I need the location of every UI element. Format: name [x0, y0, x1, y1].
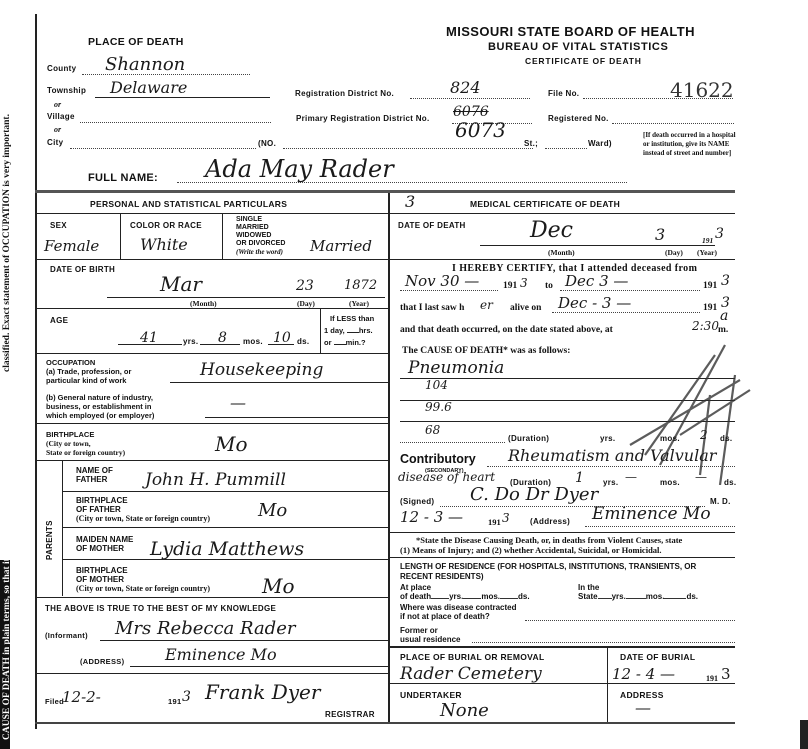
footnote-line2: (1) Means of Injury; and (2) whether Acc…: [400, 545, 682, 555]
signed-value: C. Do Dr Dyer: [470, 484, 598, 505]
full-name-value: Ada May Rader: [205, 155, 394, 183]
less-than-or: or: [324, 338, 332, 347]
death-time-text: and that death occurred, on the date sta…: [400, 325, 613, 335]
hospital-note: [If death occurred in a hospital or inst…: [643, 131, 739, 158]
occupation-labels: OCCUPATION (a) Trade, profession, or par…: [46, 358, 131, 385]
cause-value: Pneumonia: [408, 358, 504, 378]
former-residence-row: Former or usual residence: [400, 626, 460, 644]
occupation-b-labels: (b) General nature of industry, business…: [46, 393, 154, 420]
township-line: [95, 97, 270, 98]
contrib-duration-mos: mos.: [660, 478, 680, 487]
dob-year-caption: (Year): [349, 299, 369, 308]
dod-month: Dec: [530, 218, 573, 243]
attended-from-year-prefix: 191: [503, 281, 517, 291]
frame-middle: [388, 193, 390, 723]
marital-note: (Write the word): [236, 248, 285, 256]
less-than-text: If LESS than: [324, 313, 374, 325]
burial-year-suffix: 3: [721, 665, 731, 683]
attended-from: Nov 30 —: [405, 272, 479, 290]
mother-bp-label-3: (City or town, State or foreign country): [76, 584, 210, 593]
attended-from-year: 3: [520, 276, 528, 290]
signed-label: (Signed): [400, 497, 434, 506]
birthplace-label: BIRTHPLACE: [46, 430, 125, 439]
cause-note-3: 68: [425, 423, 440, 437]
father-bp-label-1: BIRTHPLACE: [76, 496, 210, 505]
burial-year-prefix: 191: [706, 674, 718, 683]
md-label: M. D.: [710, 497, 731, 506]
registrar-label: REGISTRAR: [325, 710, 375, 719]
age-ds-label: ds.: [297, 337, 309, 346]
dob-year: 1872: [344, 278, 377, 293]
former-line1: Former or: [400, 626, 460, 635]
city-label: City: [47, 138, 63, 147]
cause-heading: The CAUSE OF DEATH* was as follows:: [402, 346, 570, 356]
frame-left: [35, 14, 37, 729]
header-divider: [35, 190, 735, 193]
mother-bp-label-1: BIRTHPLACE: [76, 566, 210, 575]
dod-month-caption: (Month): [548, 248, 575, 257]
dod-year-prefix: 191: [702, 236, 713, 245]
age-yrs-label: yrs.: [183, 337, 198, 346]
less-than-day: 1 day,: [324, 326, 345, 335]
attended-to-year-prefix: 191: [703, 281, 717, 291]
burial-address-value: —: [635, 698, 651, 717]
county-label: County: [47, 64, 76, 73]
alive-on-label: alive on: [510, 303, 541, 313]
at-place-line2: of death: [400, 592, 431, 601]
district-line: [410, 98, 530, 99]
death-time-ampm: a: [720, 308, 728, 324]
less-than-min: min.?: [346, 338, 366, 347]
or-1: or: [54, 100, 61, 109]
dod-year-caption: (Year): [697, 248, 717, 257]
informant-address-label: (ADDRESS): [80, 657, 124, 666]
age-years: 41: [140, 330, 158, 346]
bureau-title: BUREAU OF VITAL STATISTICS: [488, 41, 668, 53]
contrib-duration-mos-value: —: [625, 470, 637, 484]
medical-address-line: [585, 526, 735, 527]
in-state-line2: State: [578, 592, 598, 601]
last-saw-pronoun: er: [480, 298, 493, 312]
medical-address-value: Eminence Mo: [592, 504, 711, 524]
signed-date: 12 - 3 —: [400, 508, 463, 526]
race-value: White: [140, 235, 188, 254]
residence-place-row: At place of deathyrs.mos.ds.: [400, 583, 530, 601]
mother-label-1: MAIDEN NAME: [76, 535, 133, 544]
cause-note-2: 99.6: [425, 400, 452, 414]
father-bp-label-3: (City or town, State or foreign country): [76, 514, 210, 523]
place-yrs: yrs.: [449, 592, 463, 601]
contracted-row: Where was disease contracted if not at p…: [400, 603, 517, 621]
county-value: Shannon: [105, 54, 185, 75]
birthplace-labels: BIRTHPLACE (City or town, State or forei…: [46, 430, 125, 457]
dod-day: 3: [655, 225, 665, 244]
state-yrs: yrs.: [612, 592, 626, 601]
dob-month-caption: (Month): [190, 299, 217, 308]
occupation-b-line3: which employed (or employer): [46, 411, 154, 420]
in-state-line1: In the: [578, 583, 698, 592]
medical-corner-mark: 3: [405, 192, 415, 211]
age-label: AGE: [50, 316, 68, 325]
less-than-box: If LESS than 1 day, hrs. or min.?: [324, 313, 374, 349]
marital-option-divorced: OR DIVORCED: [236, 240, 285, 248]
contrib-duration-yrs: yrs.: [603, 478, 618, 487]
footnote: *State the Disease Causing Death, or, in…: [400, 535, 682, 555]
filed-year-prefix: 191: [168, 697, 181, 706]
village-label: Village: [47, 112, 75, 121]
birthplace-value: Mo: [215, 432, 248, 456]
duration-ds: ds.: [720, 434, 732, 443]
occupation-heading: OCCUPATION: [46, 358, 131, 367]
signed-year-prefix: 191: [488, 517, 501, 527]
registered-no-label: Registered No.: [548, 114, 609, 123]
occupation-b-value: —: [230, 393, 246, 412]
duration-label: (Duration): [508, 434, 549, 443]
informant-address-value: Eminence Mo: [165, 645, 277, 664]
burial-place-value: Rader Cemetery: [400, 664, 542, 684]
duration-mos: mos.: [660, 434, 680, 443]
cause-note-1: 104: [425, 378, 448, 392]
registered-line: [612, 123, 734, 124]
city-line: [70, 148, 256, 149]
dob-day: 23: [296, 278, 314, 294]
father-bp-label-2: OF FATHER: [76, 505, 210, 514]
father-name-value: John H. Pummill: [145, 470, 286, 490]
residence-state-row: In the Stateyrs.mos.ds.: [578, 583, 698, 601]
registration-district-label: Registration District No.: [295, 89, 394, 98]
sex-label: SEX: [50, 221, 67, 230]
certificate-title: CERTIFICATE OF DEATH: [525, 56, 642, 66]
age-days: 10: [273, 330, 291, 346]
informant-value: Mrs Rebecca Rader: [115, 618, 295, 639]
death-time-value: 2:30: [692, 319, 719, 333]
contrib-duration-ds: ds.: [724, 478, 736, 487]
marital-options: SINGLE MARRIED WIDOWED OR DIVORCED (Writ…: [236, 216, 285, 256]
birthplace-sub2: State or foreign country): [46, 448, 125, 457]
filed-date: 12-2-: [62, 688, 101, 706]
age-months: 8: [218, 330, 227, 346]
less-than-hrs: hrs.: [359, 326, 373, 335]
marital-value: Married: [310, 237, 372, 255]
street-no-label: (NO.: [258, 139, 276, 148]
ward-label: Ward): [588, 139, 612, 148]
state-ds: ds.: [686, 592, 698, 601]
contracted-line2: if not at place of death?: [400, 612, 517, 621]
informant-label: (Informant): [45, 631, 88, 640]
township-label: Township: [47, 86, 86, 95]
margin-note-upper: classified. Exact statement of OCCUPATIO…: [2, 114, 12, 372]
full-name-label: FULL NAME:: [88, 172, 158, 184]
at-place-line1: At place: [400, 583, 530, 592]
marital-option-married: MARRIED: [236, 224, 285, 232]
signed-year-suffix: 3: [502, 511, 510, 525]
mother-name-value: Lydia Matthews: [150, 538, 304, 560]
primary-district-label: Primary Registration District No.: [296, 114, 430, 123]
state-board-title: MISSOURI STATE BOARD OF HEALTH: [446, 24, 695, 39]
residence-heading: LENGTH OF RESIDENCE (FOR HOSPITALS, INST…: [400, 562, 696, 582]
margin-note-lower: CAUSE OF DEATH in plain terms, so that i…: [2, 489, 12, 740]
duration-yrs: yrs.: [600, 434, 615, 443]
occupation-value: Housekeeping: [200, 360, 323, 380]
burial-date-label: DATE OF BURIAL: [620, 652, 695, 662]
dob-day-caption: (Day): [297, 299, 315, 308]
age-mos-label: mos.: [243, 337, 263, 346]
township-value: Delaware: [110, 78, 187, 97]
date-of-death-label: DATE OF DEATH: [398, 221, 466, 230]
last-saw-date: Dec - 3 —: [558, 294, 631, 312]
parents-side-label: PARENTS: [45, 520, 54, 560]
last-saw-year-prefix: 191: [703, 303, 717, 313]
dob-month: Mar: [160, 272, 202, 296]
occupation-a-line2: particular kind of work: [46, 376, 131, 385]
file-no-label: File No.: [548, 89, 579, 98]
undertaker-value: None: [440, 700, 489, 721]
medical-address-label: (Address): [530, 517, 570, 526]
village-line: [80, 122, 271, 123]
last-saw-label: that I last saw h: [400, 303, 464, 313]
father-label-1: NAME OF: [76, 466, 113, 475]
dod-day-caption: (Day): [665, 248, 683, 257]
undertaker-label: UNDERTAKER: [400, 690, 462, 700]
place-of-death-heading: PLACE OF DEATH: [88, 36, 184, 48]
mother-birthplace-value: Mo: [262, 574, 295, 598]
medical-heading: MEDICAL CERTIFICATE OF DEATH: [470, 199, 620, 209]
father-birthplace-value: Mo: [258, 500, 287, 521]
scan-edge: [800, 720, 808, 749]
attended-to: Dec 3 —: [565, 272, 628, 290]
birthplace-sub1: (City or town,: [46, 439, 125, 448]
place-mos: mos.: [481, 592, 500, 601]
occupation-a-line1: (a) Trade, profession, or: [46, 367, 131, 376]
contrib-duration-ds-value: —: [695, 470, 707, 484]
occupation-b-line2: business, or establishment in: [46, 402, 154, 411]
marital-option-single: SINGLE: [236, 216, 285, 224]
father-birthplace-labels: BIRTHPLACE OF FATHER (City or town, Stat…: [76, 496, 210, 523]
residence-heading-line2: RECENT RESIDENTS): [400, 572, 696, 582]
primary-district-value: 6073: [455, 118, 506, 142]
dod-year-suffix: 3: [715, 226, 724, 242]
registrar-signature: Frank Dyer: [205, 680, 320, 704]
place-ds: ds.: [518, 592, 530, 601]
occupation-b-line1: (b) General nature of industry,: [46, 393, 154, 402]
filed-year-suffix: 3: [182, 689, 191, 705]
burial-date-value: 12 - 4 —: [612, 665, 675, 683]
mother-bp-label-2: OF MOTHER: [76, 575, 210, 584]
contributory-value-2: disease of heart: [398, 470, 495, 484]
sex-value: Female: [44, 237, 99, 255]
registration-district-value: 824: [450, 78, 481, 97]
burial-place-label: PLACE OF BURIAL OR REMOVAL: [400, 652, 544, 662]
mother-name-labels: MAIDEN NAME OF MOTHER: [76, 535, 133, 553]
file-no-value: 41622: [670, 78, 734, 102]
ward-line: [545, 148, 587, 149]
mother-label-2: OF MOTHER: [76, 544, 133, 553]
to-label: to: [545, 281, 553, 291]
mother-birthplace-labels: BIRTHPLACE OF MOTHER (City or town, Stat…: [76, 566, 210, 593]
father-name-labels: NAME OF FATHER: [76, 466, 113, 484]
or-2: or: [54, 125, 61, 134]
duration-days-value: 2: [700, 428, 708, 442]
contributory-value: Rheumatism and Valvular: [508, 446, 716, 465]
marital-option-widowed: WIDOWED: [236, 232, 285, 240]
race-label: COLOR OR RACE: [130, 221, 202, 230]
contracted-line1: Where was disease contracted: [400, 603, 517, 612]
residence-heading-line1: LENGTH OF RESIDENCE (FOR HOSPITALS, INST…: [400, 562, 696, 572]
father-label-2: FATHER: [76, 475, 113, 484]
former-line2: usual residence: [400, 635, 460, 644]
personal-heading: PERSONAL AND STATISTICAL PARTICULARS: [90, 199, 287, 209]
footnote-line1: *State the Disease Causing Death, or, in…: [400, 535, 682, 545]
dob-label: DATE OF BIRTH: [50, 265, 115, 274]
state-mos: mos.: [646, 592, 665, 601]
informant-statement: THE ABOVE IS TRUE TO THE BEST OF MY KNOW…: [45, 604, 276, 613]
street-line: [283, 148, 533, 149]
death-time-m: m.: [718, 325, 728, 335]
contributory-label: Contributory: [400, 452, 476, 466]
st-label: St.;: [524, 139, 538, 148]
attended-to-year: 3: [721, 273, 730, 289]
